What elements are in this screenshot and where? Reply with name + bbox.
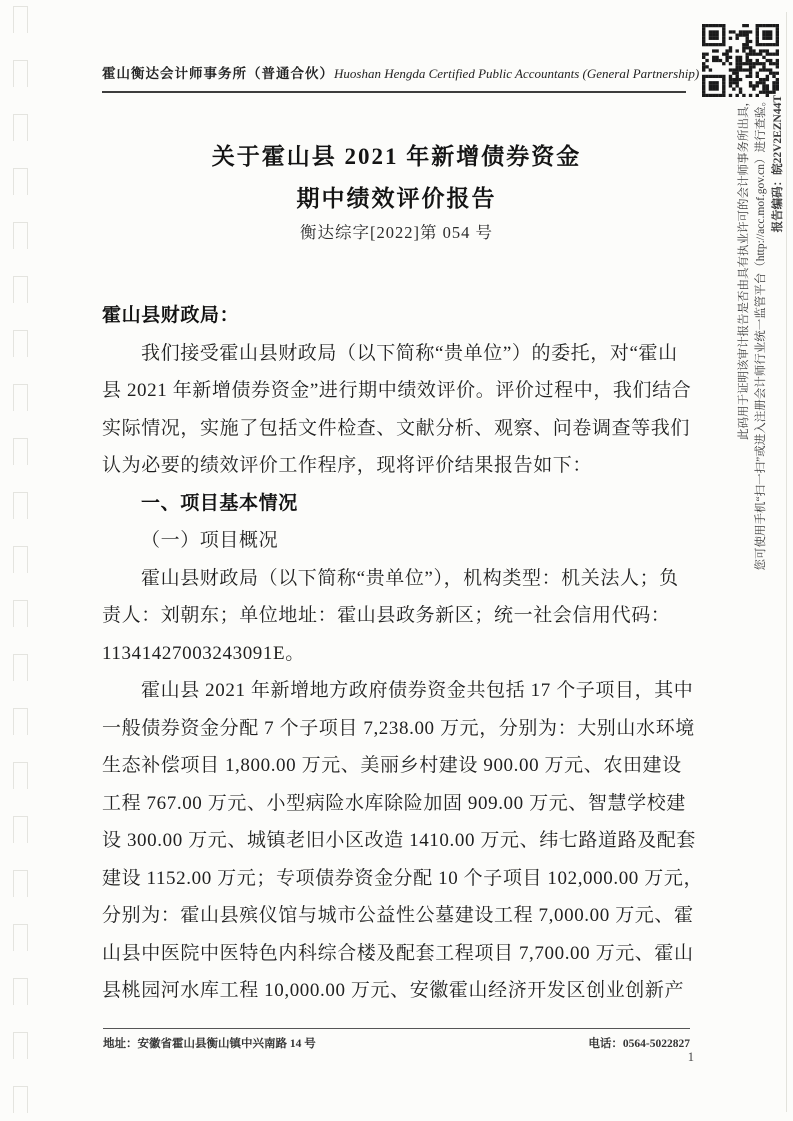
- page-footer: 地址：安徽省霍山县衡山镇中兴南路 14 号 电话：0564-5022827: [103, 1028, 690, 1051]
- binding-hole-mark: [13, 600, 28, 627]
- binding-hole-mark: [13, 384, 28, 411]
- body-line: 我们接受霍山县财政局（以下简称“贵单位”）的委托，对“霍山: [102, 335, 698, 373]
- body-line: （一）项目概况: [102, 522, 698, 560]
- binding-hole-mark: [13, 978, 28, 1005]
- verification-qr-icon: [702, 24, 779, 97]
- binding-hole-mark: [13, 438, 28, 465]
- body-line: 工程 767.00 万元、小型病险水库除险加固 909.00 万元、智慧学校建: [102, 785, 698, 823]
- report-title-line1: 关于霍山县 2021 年新增债券资金: [0, 136, 793, 178]
- binding-hole-mark: [13, 708, 28, 735]
- body-line: 认为必要的绩效评价工作程序，现将评价结果报告如下：: [102, 447, 698, 485]
- report-title: 关于霍山县 2021 年新增债券资金 期中绩效评价报告: [0, 136, 793, 220]
- body-line: 责人：刘朝东；单位地址：霍山县政务新区；统一社会信用代码：: [102, 597, 698, 635]
- binding-hole-mark: [13, 330, 28, 357]
- firm-name-cn: 霍山衡达会计师事务所（普通合伙）: [102, 62, 334, 82]
- body-line: 生态补偿项目 1,800.00 万元、美丽乡村建设 900.00 万元、农田建设: [102, 747, 698, 785]
- binding-hole-mark: [13, 546, 28, 573]
- footer-phone: 电话：0564-5022827: [588, 1035, 690, 1051]
- body-text: 霍山县财政局：我们接受霍山县财政局（以下简称“贵单位”）的委托，对“霍山县 20…: [102, 297, 698, 1010]
- binding-hole-mark: [13, 276, 28, 303]
- body-line: 实际情况，实施了包括文件检查、文献分析、观察、问卷调查等我们: [102, 410, 698, 448]
- document-number: 衡达综字[2022]第 054 号: [0, 223, 793, 243]
- binding-hole-mark: [13, 816, 28, 843]
- body-line: 霍山县财政局（以下简称“贵单位”），机构类型：机关法人；负: [102, 560, 698, 598]
- binding-hole-mark: [13, 492, 28, 519]
- binding-hole-mark: [13, 6, 28, 33]
- body-line: 县 2021 年新增债券资金”进行期中绩效评价。评价过程中，我们结合: [102, 372, 698, 410]
- binding-hole-mark: [13, 60, 28, 87]
- body-line: 设 300.00 万元、城镇老旧小区改造 1410.00 万元、纬七路道路及配套: [102, 822, 698, 860]
- binding-hole-mark: [13, 654, 28, 681]
- body-line: 山县中医院中医特色内科综合楼及配套工程项目 7,700.00 万元、霍山: [102, 935, 698, 973]
- footer-address: 地址：安徽省霍山县衡山镇中兴南路 14 号: [103, 1035, 316, 1051]
- body-line: 11341427003243091E。: [102, 635, 698, 673]
- letterhead: 霍山衡达会计师事务所（普通合伙） Huoshan Hengda Certifie…: [102, 62, 686, 93]
- page-number: 1: [688, 1050, 694, 1065]
- body-line: 霍山县 2021 年新增地方政府债券资金共包括 17 个子项目，其中: [102, 672, 698, 710]
- binding-hole-mark: [13, 1086, 28, 1113]
- firm-name-en: Huoshan Hengda Certified Public Accounta…: [334, 66, 699, 82]
- body-line: 霍山县财政局：: [102, 297, 698, 335]
- binding-hole-mark: [13, 1032, 28, 1059]
- body-line: 分别为：霍山县殡仪馆与城市公益性公墓建设工程 7,000.00 万元、霍: [102, 897, 698, 935]
- binding-hole-mark: [13, 870, 28, 897]
- body-line: 建设 1152.00 万元；专项债券资金分配 10 个子项目 102,000.0…: [102, 860, 698, 898]
- body-line: 一、项目基本情况: [102, 485, 698, 523]
- report-page: 霍山衡达会计师事务所（普通合伙） Huoshan Hengda Certifie…: [0, 0, 793, 1121]
- binding-hole-mark: [13, 924, 28, 951]
- body-line: 县桃园河水库工程 10,000.00 万元、安徽霍山经济开发区创业创新产: [102, 972, 698, 1010]
- body-line: 一般债券资金分配 7 个子项目 7,238.00 万元，分别为：大别山水环境: [102, 710, 698, 748]
- report-title-line2: 期中绩效评价报告: [0, 178, 793, 220]
- binding-hole-mark: [13, 762, 28, 789]
